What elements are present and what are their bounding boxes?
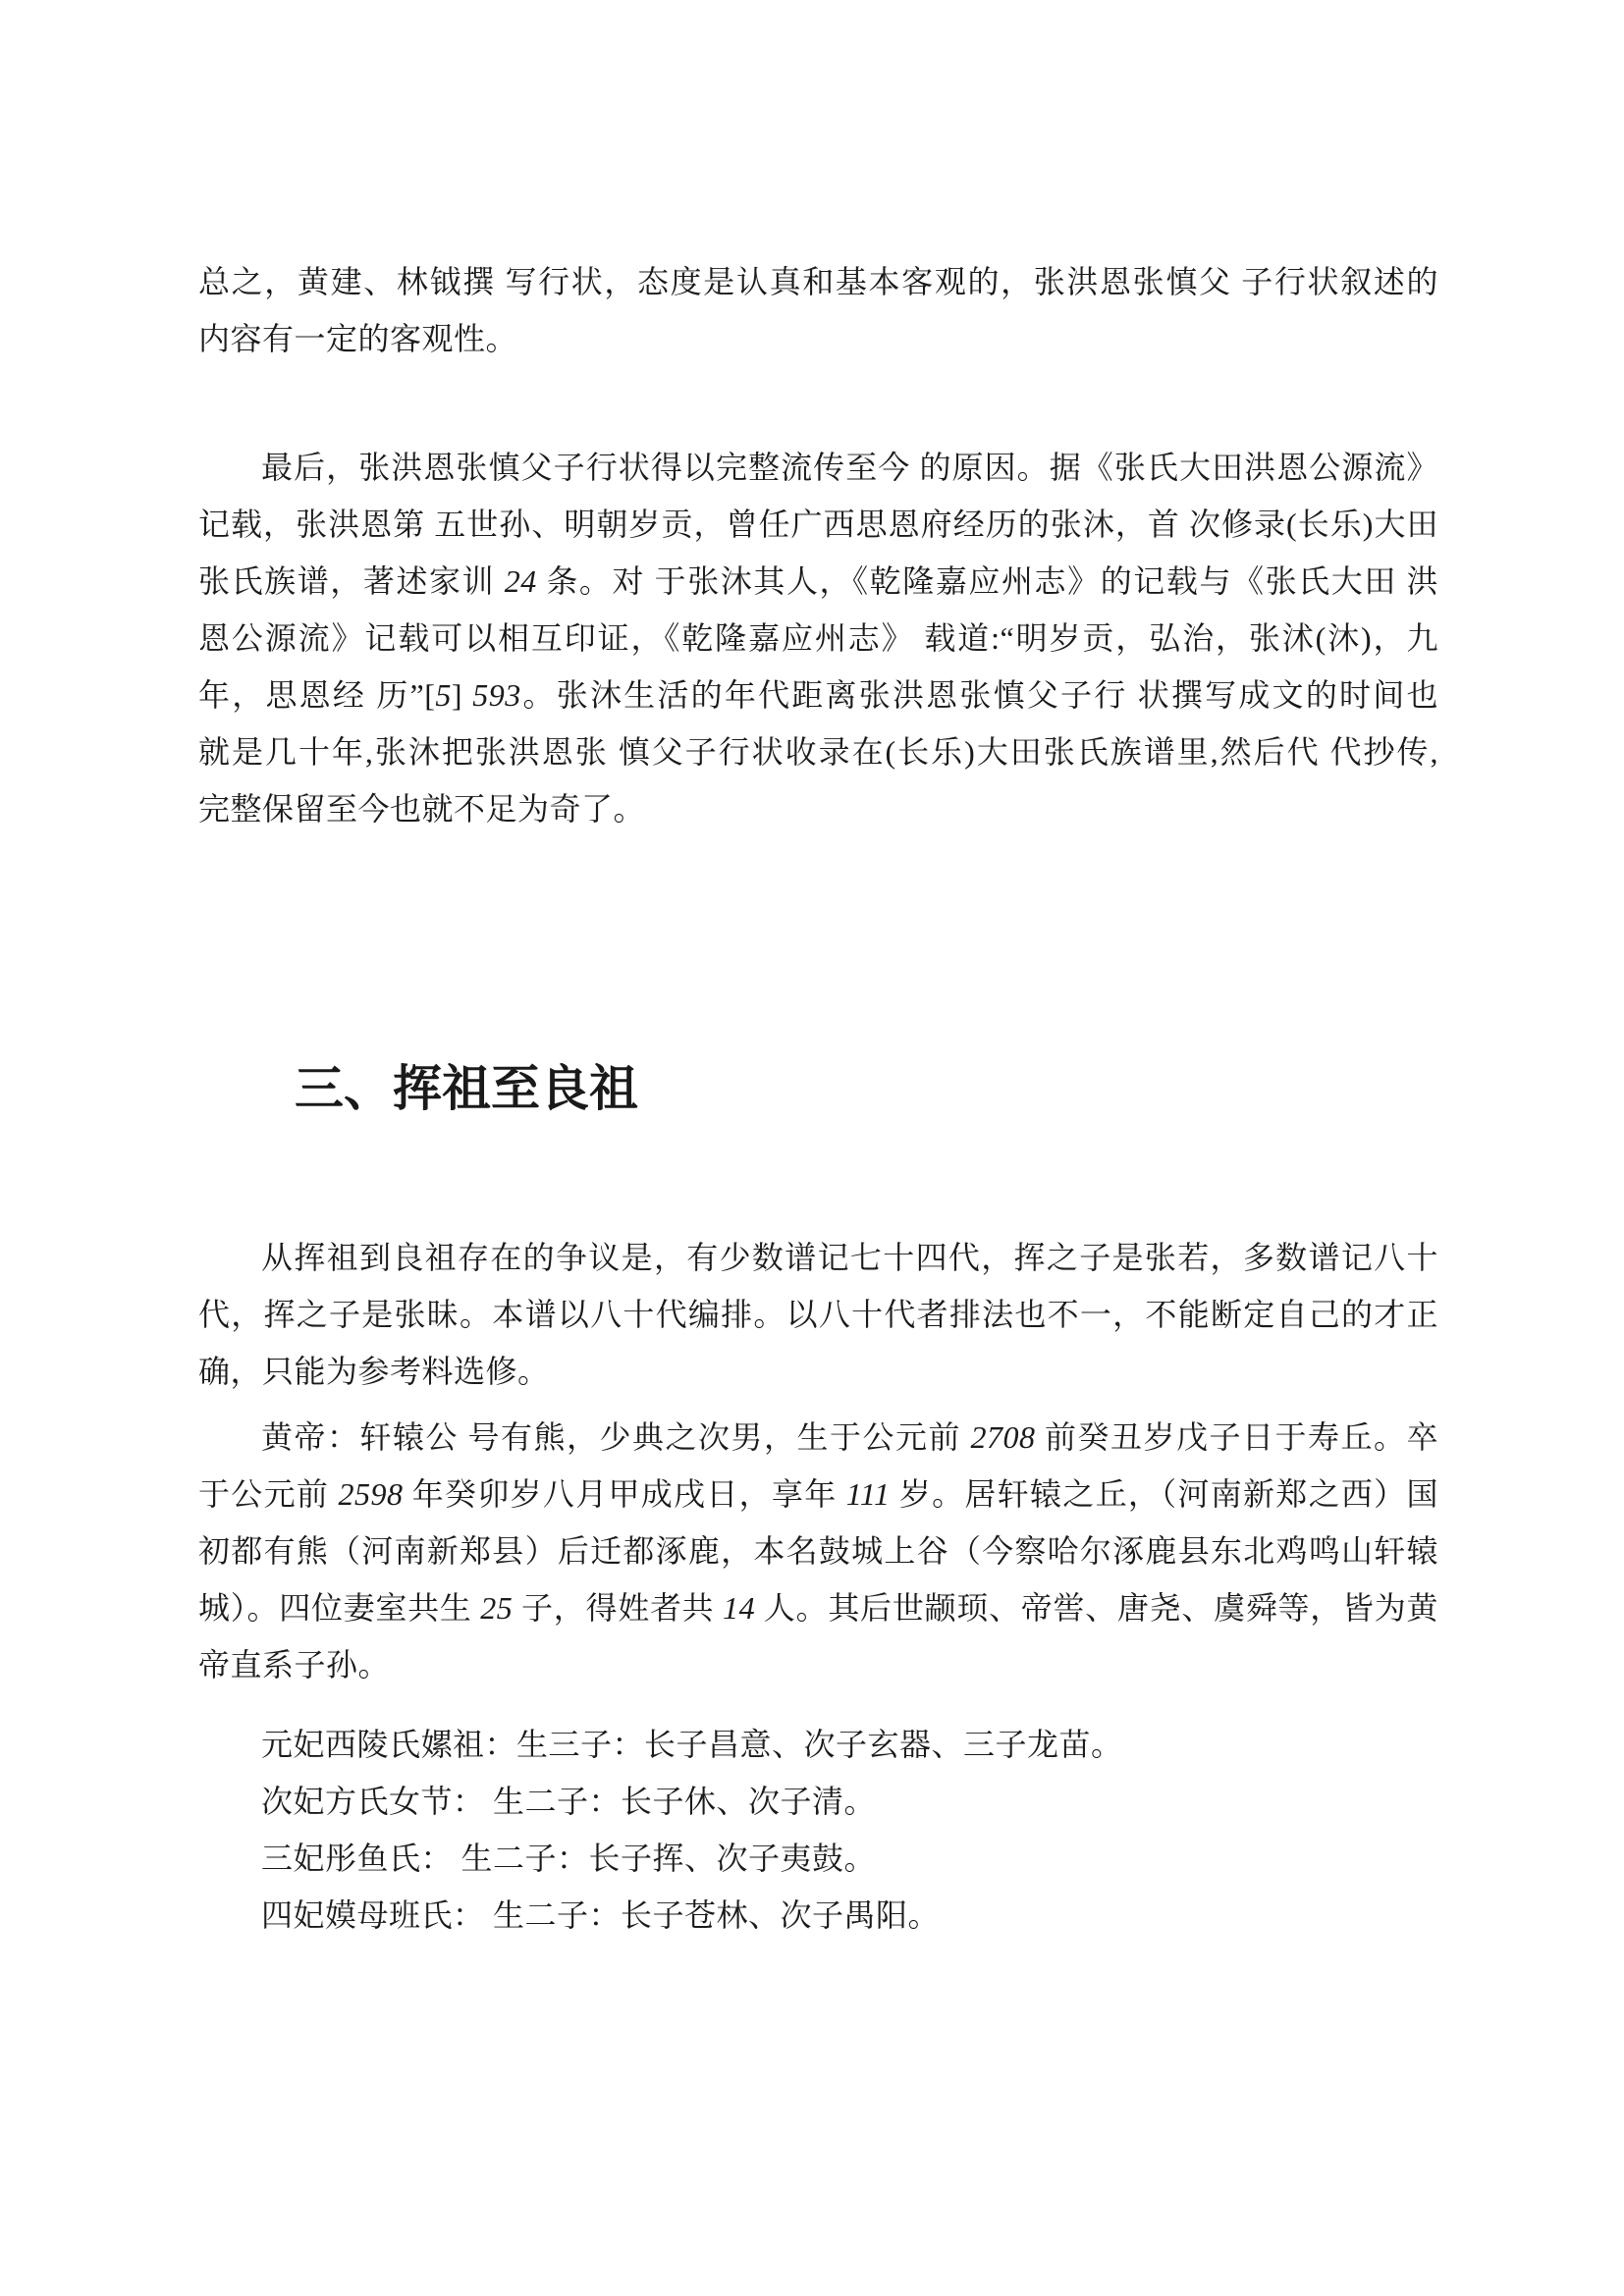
text-line: 恩公源流》记载可以相互印证，《乾隆嘉应州志》 载道:“明岁贡，弘治，张沭(沐)，… [198, 610, 1438, 667]
page-content: 总之，黄建、林钺撰 写行状，态度是认真和基本客观的，张洪恩张慎父 子行状叙述的 … [198, 0, 1438, 1944]
text-line: 从挥祖到良祖存在的争议是，有少数谱记七十四代，挥之子是张若，多数谱记八十 [198, 1229, 1438, 1286]
document-page: 总之，黄建、林钺撰 写行状，态度是认真和基本客观的，张洪恩张慎父 子行状叙述的 … [0, 0, 1624, 2296]
list-item: 四妃嫫母班氏： 生二子：长子苍林、次子禺阳。 [198, 1887, 1438, 1944]
text-line: 代，挥之子是张昧。本谱以八十代编排。以八十代者排法也不一，不能断定自己的才正 [198, 1286, 1438, 1343]
text-line: 完整保留至今也就不足为奇了。 [198, 780, 1438, 837]
text-line: 就是几十年,张沐把张洪恩张 慎父子行状收录在(长乐)大田张氏族谱里,然后代 代抄… [198, 723, 1438, 780]
text-line: 张氏族谱，著述家训 24 条。对 于张沐其人，《乾隆嘉应州志》的记载与《张氏大田… [198, 553, 1438, 610]
text-line: 内容有一定的客观性。 [198, 310, 1438, 367]
text-line: 黄帝：轩辕公 号有熊，少典之次男，生于公元前 2708 前癸丑岁戊子日于寿丘。卒 [198, 1409, 1438, 1466]
text-line: 初都有熊（河南新郑县）后迁都涿鹿，本名鼓城上谷（今察哈尔涿鹿县东北鸡鸣山轩辕 [198, 1522, 1438, 1579]
list-item: 元妃西陵氏嫘祖：生三子：长子昌意、次子玄器、三子龙苗。 [198, 1716, 1438, 1773]
text-line: 总之，黄建、林钺撰 写行状，态度是认真和基本客观的，张洪恩张慎父 子行状叙述的 [198, 253, 1438, 310]
list-item: 次妃方氏女节： 生二子：长子休、次子清。 [198, 1773, 1438, 1830]
text-line: 于公元前 2598 年癸卯岁八月甲成戌日，享年 111 岁。居轩辕之丘，（河南新… [198, 1466, 1438, 1522]
paragraph-dispute: 从挥祖到良祖存在的争议是，有少数谱记七十四代，挥之子是张若，多数谱记八十 代，挥… [198, 1229, 1438, 1400]
text-line: 城）。四位妻室共生 25 子，得姓者共 14 人。其后世颛顼、帝喾、唐尧、虞舜等… [198, 1579, 1438, 1636]
list-item: 三妃彤鱼氏： 生二子：长子挥、次子夷鼓。 [198, 1830, 1438, 1887]
section-heading: 三、挥祖至良祖 [295, 1059, 1438, 1118]
text-line: 帝直系子孙。 [198, 1636, 1438, 1693]
text-line: 最后，张洪恩张慎父子行状得以完整流传至今 的原因。据《张氏大田洪恩公源流》 [198, 439, 1438, 496]
paragraph-conclusion: 总之，黄建、林钺撰 写行状，态度是认真和基本客观的，张洪恩张慎父 子行状叙述的 … [198, 253, 1438, 367]
paragraph-transmission: 最后，张洪恩张慎父子行状得以完整流传至今 的原因。据《张氏大田洪恩公源流》 记载… [198, 439, 1438, 837]
list-consorts: 元妃西陵氏嫘祖：生三子：长子昌意、次子玄器、三子龙苗。 次妃方氏女节： 生二子：… [198, 1716, 1438, 1944]
text-line: 记载，张洪恩第 五世孙、明朝岁贡，曾任广西思恩府经历的张沐，首 次修录(长乐)大… [198, 496, 1438, 553]
text-line: 确，只能为参考料选修。 [198, 1343, 1438, 1400]
paragraph-huangdi: 黄帝：轩辕公 号有熊，少典之次男，生于公元前 2708 前癸丑岁戊子日于寿丘。卒… [198, 1409, 1438, 1693]
text-line: 年，思恩经 历”[5] 593。张沐生活的年代距离张洪恩张慎父子行 状撰写成文的… [198, 667, 1438, 723]
